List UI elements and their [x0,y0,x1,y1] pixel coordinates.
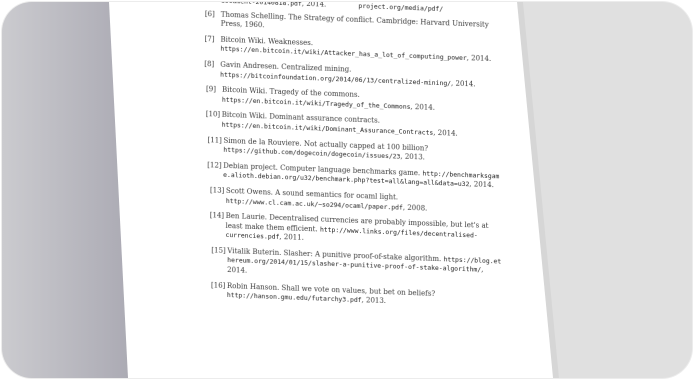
reference-tail: , 2014. [302,2,327,9]
reference-number: [15] [211,246,225,256]
reference-tail: , 2014. [469,180,494,189]
photo-frame: document-20140818.pdf, 2014. project.org… [2,2,692,378]
reference-number: [16] [211,281,225,291]
reference-number: [8] [204,60,214,70]
reference-link[interactable]: https://en.bitcoin.it/wiki/Attacker_has_… [220,45,466,62]
reference-tail: , 2008. [403,203,428,212]
reference-number: [10] [206,110,220,120]
reference-link[interactable]: https://en.bitcoin.it/wiki/Tragedy_of_th… [222,95,411,110]
reference-tail: , 2014. [451,79,476,88]
reference-tail: , 2014. [410,103,435,112]
reference-number: [14] [210,211,224,221]
reference-tail: , 2014. [467,54,492,63]
reference-item: [14] Ben Laurie. Decentralised currencie… [209,211,502,251]
reference-number: [13] [210,186,224,196]
reference-number: [6] [205,10,215,20]
reference-tail: , 2013. [400,153,425,162]
reference-tail: , 2013. [361,296,386,305]
reference-list: document-20140818.pdf, 2014. project.org… [202,2,505,317]
reference-url: document-20140818.pdf [221,2,302,8]
reference-url: project.org/media/pdf/ [358,2,443,13]
reference-number: [7] [204,35,214,45]
reference-tail: , 2014. [433,129,458,138]
reference-item: [15] Vitalik Buterin. Slasher: A punitiv… [211,246,502,286]
reference-item: [16] Robin Hanson. Shall we vote on valu… [211,281,502,311]
reference-number: [12] [207,161,221,171]
reference-number: [11] [207,136,221,146]
reference-tail: , 2011. [279,233,304,242]
reference-number: [9] [206,85,216,95]
reference-item: [13] Scott Owens. A sound semantics for … [210,186,503,216]
